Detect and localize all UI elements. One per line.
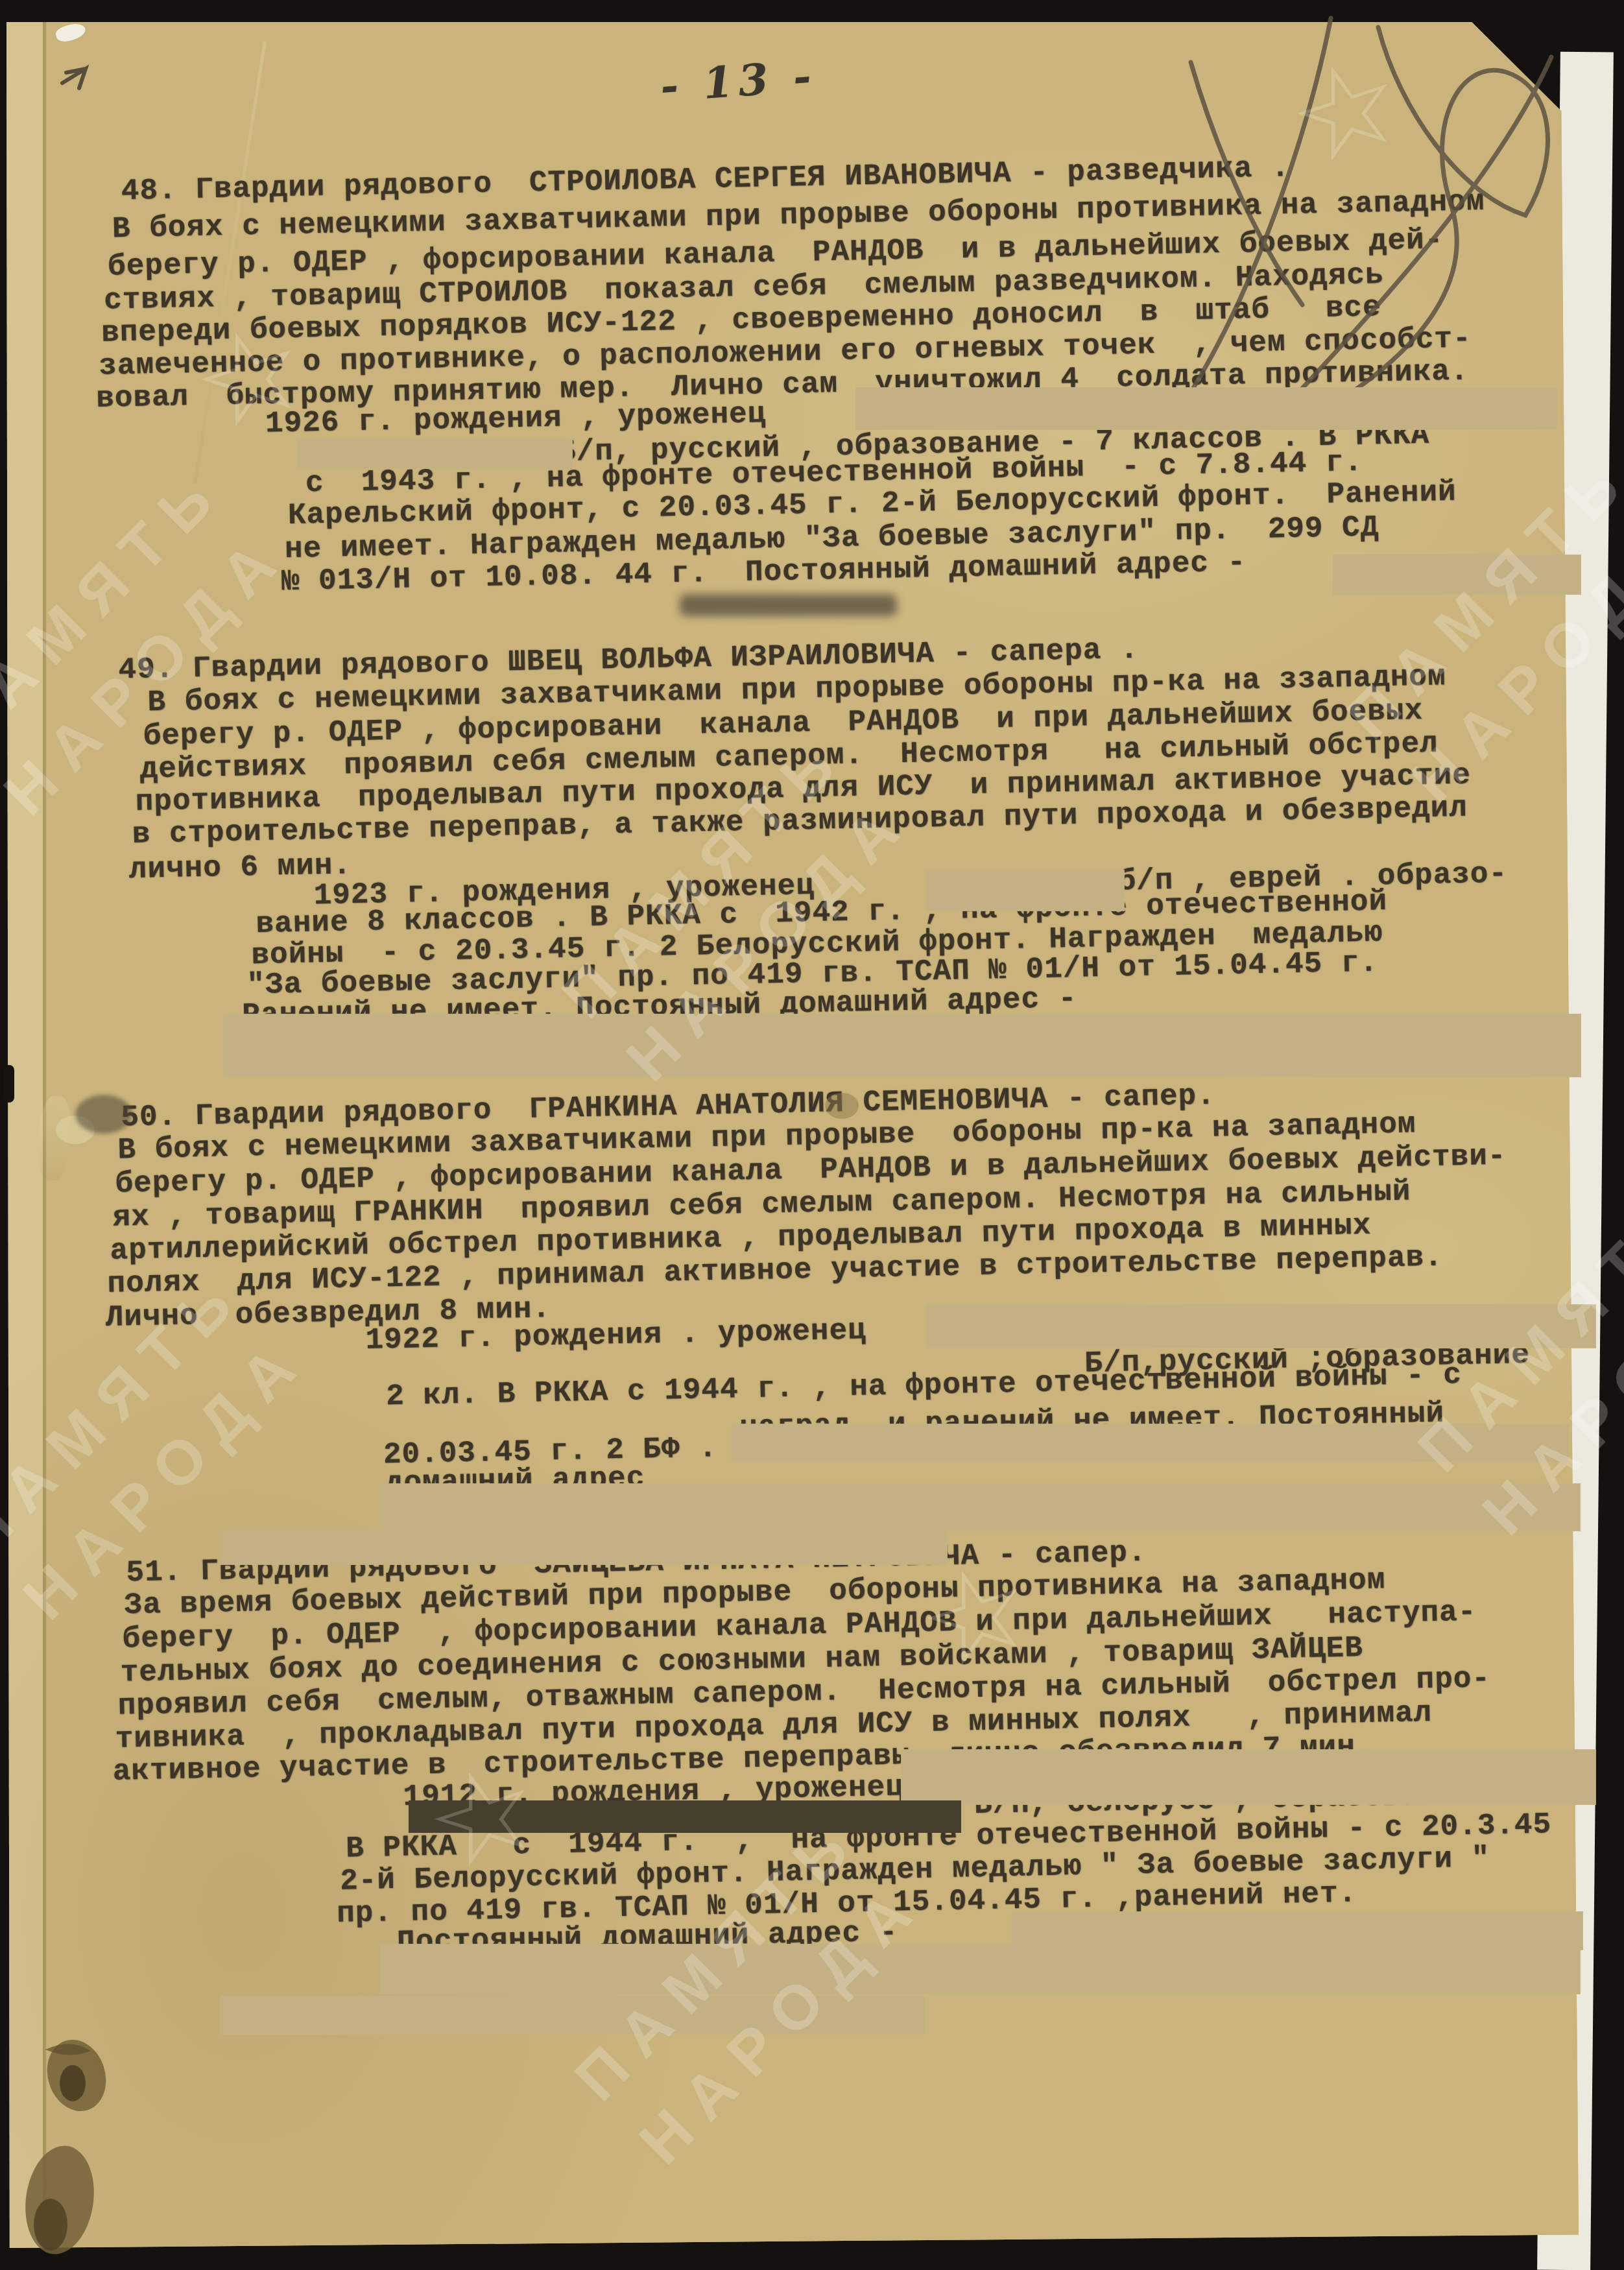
redaction-block <box>926 870 1124 911</box>
margin-arrow-mark <box>62 69 86 88</box>
pencil-scribble <box>1191 18 1551 423</box>
redaction-block <box>1333 555 1581 594</box>
redaction-block <box>902 1750 1595 1804</box>
scanned-archive-document: { "page": { "number_label": "- 13 -", "c… <box>0 0 1624 2270</box>
redaction-block <box>224 1014 1581 1077</box>
redaction-block <box>221 1531 947 1564</box>
redaction-block <box>680 594 897 616</box>
ink-smudge-entry-50 <box>75 1095 132 1134</box>
redaction-block <box>380 1944 1580 1994</box>
redaction-block <box>221 1996 924 2034</box>
redaction-block <box>732 1424 1568 1462</box>
ink-stains <box>19 1093 859 2258</box>
redaction-block <box>856 388 1557 429</box>
redaction-block <box>926 1305 1595 1348</box>
redaction-block <box>380 1484 1580 1531</box>
redaction-bar-black <box>409 1800 961 1833</box>
redaction-block <box>297 438 572 468</box>
